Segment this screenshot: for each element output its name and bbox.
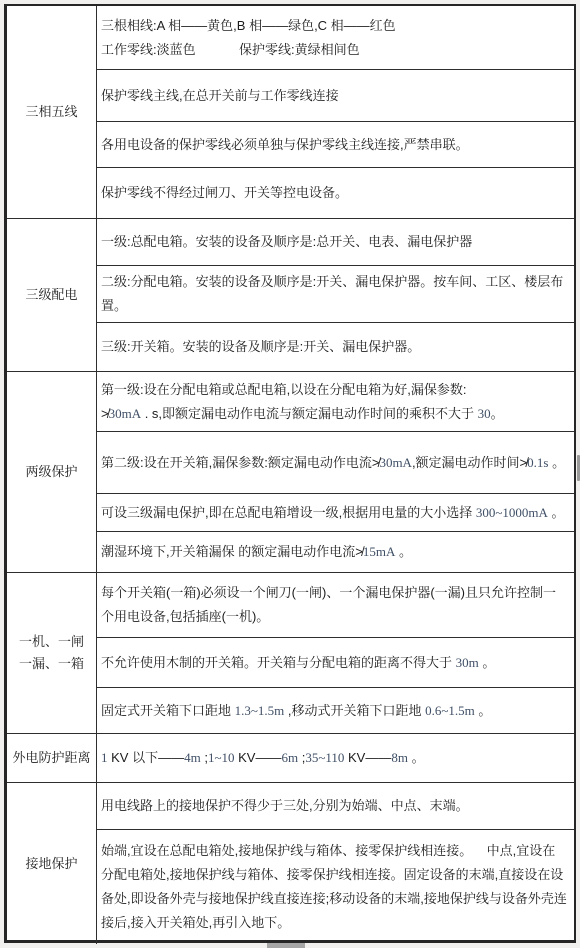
- numeric-value: 6m: [281, 750, 298, 765]
- table-section: 接地保护用电线路上的接地保护不得少于三处,分别为始端、中点、末端。始端,宜设在总…: [7, 783, 574, 944]
- numeric-value: 1: [101, 750, 108, 765]
- row-text: 每个开关箱(一箱)必须设一个闸刀(一闸)、一个漏电保护器(一漏)且只允许控制一个…: [101, 581, 568, 629]
- table-row: 保护零线不得经过闸刀、开关等控电设备。: [97, 168, 574, 218]
- numeric-value: 0.1s: [527, 455, 548, 470]
- electrical-safety-table: 三相五线三根相线:A 相——黄色,B 相——绿色,C 相——红色 工作零线:淡蓝…: [4, 4, 576, 943]
- row-text: 潮湿环境下,开关箱漏保 的额定漏电动作电流≯15mA 。: [101, 540, 412, 564]
- numeric-value: 8m: [391, 750, 408, 765]
- row-text: 三级:开关箱。安装的设备及顺序是:开关、漏电保护器。: [101, 335, 420, 359]
- table-row: 各用电设备的保护零线必须单独与保护零线主线连接,严禁串联。: [97, 122, 574, 168]
- section-rows: 用电线路上的接地保护不得少于三处,分别为始端、中点、末端。始端,宜设在总配电箱处…: [97, 783, 574, 944]
- horizontal-scrollbar-thumb[interactable]: [267, 943, 305, 948]
- table-row: 第二级:设在开关箱,漏保参数:额定漏电动作电流≯30mA,额定漏电动作时间≯0.…: [97, 432, 574, 494]
- section-header: 三级配电: [7, 219, 97, 371]
- row-text: 第二级:设在开关箱,漏保参数:额定漏电动作电流≯30mA,额定漏电动作时间≯0.…: [101, 451, 565, 475]
- numeric-value: 4m: [184, 750, 201, 765]
- table-section: 三相五线三根相线:A 相——黄色,B 相——绿色,C 相——红色 工作零线:淡蓝…: [7, 6, 574, 219]
- table-row: 不允许使用木制的开关箱。开关箱与分配电箱的距离不得大于 30m 。: [97, 638, 574, 688]
- numeric-value: 30mA: [109, 406, 142, 421]
- row-text: 可设三级漏电保护,即在总配电箱增设一级,根据用电量的大小选择 300~1000m…: [101, 501, 565, 525]
- row-text: 二级:分配电箱。安装的设备及顺序是:开关、漏电保护器。按车间、工区、楼层布置。: [101, 270, 568, 318]
- table-row: 第一级:设在分配电箱或总配电箱,以设在分配电箱为好,漏保参数: ≯30mA . …: [97, 372, 574, 432]
- row-text: 用电线路上的接地保护不得少于三处,分别为始端、中点、末端。: [101, 794, 469, 818]
- table-section: 一机、一闸 一漏、一箱每个开关箱(一箱)必须设一个闸刀(一闸)、一个漏电保护器(…: [7, 573, 574, 734]
- table-row: 每个开关箱(一箱)必须设一个闸刀(一闸)、一个漏电保护器(一漏)且只允许控制一个…: [97, 573, 574, 638]
- table-section: 外电防护距离1 KV 以下——4m ;1~10 KV——6m ;35~110 K…: [7, 734, 574, 783]
- section-rows: 三根相线:A 相——黄色,B 相——绿色,C 相——红色 工作零线:淡蓝色 保护…: [97, 6, 574, 218]
- numeric-value: 30: [478, 406, 491, 421]
- table-row: 用电线路上的接地保护不得少于三处,分别为始端、中点、末端。: [97, 783, 574, 830]
- row-text: 不允许使用木制的开关箱。开关箱与分配电箱的距离不得大于 30m 。: [101, 651, 495, 675]
- section-header: 两级保护: [7, 372, 97, 572]
- section-header: 接地保护: [7, 783, 97, 944]
- section-header: 三相五线: [7, 6, 97, 218]
- section-rows: 1 KV 以下——4m ;1~10 KV——6m ;35~110 KV——8m …: [97, 734, 574, 782]
- section-rows: 每个开关箱(一箱)必须设一个闸刀(一闸)、一个漏电保护器(一漏)且只允许控制一个…: [97, 573, 574, 733]
- table-row: 二级:分配电箱。安装的设备及顺序是:开关、漏电保护器。按车间、工区、楼层布置。: [97, 266, 574, 323]
- row-text: 三根相线:A 相——黄色,B 相——绿色,C 相——红色 工作零线:淡蓝色 保护…: [101, 14, 396, 62]
- numeric-value: 35~110: [305, 750, 344, 765]
- row-text: 第一级:设在分配电箱或总配电箱,以设在分配电箱为好,漏保参数: ≯30mA . …: [101, 378, 504, 426]
- table-row: 始端,宜设在总配电箱处,接地保护线与箱体、接零保护线相连接。 中点,宜设在分配电…: [97, 830, 574, 944]
- numeric-value: 30m: [456, 655, 479, 670]
- table-row: 保护零线主线,在总开关前与工作零线连接: [97, 70, 574, 122]
- row-text: 保护零线主线,在总开关前与工作零线连接: [101, 84, 339, 108]
- table-row: 一级:总配电箱。安装的设备及顺序是:总开关、电表、漏电保护器: [97, 219, 574, 266]
- numeric-value: 15mA: [363, 544, 396, 559]
- numeric-value: 30mA: [379, 455, 412, 470]
- document-page: { "colors": { "border": "#2e2e2e", "text…: [0, 0, 580, 948]
- section-rows: 第一级:设在分配电箱或总配电箱,以设在分配电箱为好,漏保参数: ≯30mA . …: [97, 372, 574, 572]
- numeric-value: 0.6~1.5m: [425, 703, 475, 718]
- numeric-value: 1.3~1.5m: [235, 703, 285, 718]
- table-row: 潮湿环境下,开关箱漏保 的额定漏电动作电流≯15mA 。: [97, 532, 574, 572]
- table-row: 固定式开关箱下口距地 1.3~1.5m ,移动式开关箱下口距地 0.6~1.5m…: [97, 688, 574, 733]
- row-text: 保护零线不得经过闸刀、开关等控电设备。: [101, 181, 348, 205]
- table-row: 1 KV 以下——4m ;1~10 KV——6m ;35~110 KV——8m …: [97, 734, 574, 782]
- numeric-value: 300~1000mA: [476, 505, 548, 520]
- row-text: 始端,宜设在总配电箱处,接地保护线与箱体、接零保护线相连接。 中点,宜设在分配电…: [101, 839, 568, 935]
- row-text: 各用电设备的保护零线必须单独与保护零线主线连接,严禁串联。: [101, 133, 469, 157]
- table-row: 三根相线:A 相——黄色,B 相——绿色,C 相——红色 工作零线:淡蓝色 保护…: [97, 6, 574, 70]
- table-section: 三级配电一级:总配电箱。安装的设备及顺序是:总开关、电表、漏电保护器二级:分配电…: [7, 219, 574, 372]
- section-header: 外电防护距离: [7, 734, 97, 782]
- table-row: 三级:开关箱。安装的设备及顺序是:开关、漏电保护器。: [97, 323, 574, 371]
- section-header: 一机、一闸 一漏、一箱: [7, 573, 97, 733]
- numeric-value: 1~10: [208, 750, 235, 765]
- row-text: 一级:总配电箱。安装的设备及顺序是:总开关、电表、漏电保护器: [101, 230, 472, 254]
- table-row: 可设三级漏电保护,即在总配电箱增设一级,根据用电量的大小选择 300~1000m…: [97, 494, 574, 532]
- row-text: 1 KV 以下——4m ;1~10 KV——6m ;35~110 KV——8m …: [101, 746, 425, 770]
- section-rows: 一级:总配电箱。安装的设备及顺序是:总开关、电表、漏电保护器二级:分配电箱。安装…: [97, 219, 574, 371]
- table-section: 两级保护第一级:设在分配电箱或总配电箱,以设在分配电箱为好,漏保参数: ≯30m…: [7, 372, 574, 573]
- row-text: 固定式开关箱下口距地 1.3~1.5m ,移动式开关箱下口距地 0.6~1.5m…: [101, 699, 491, 723]
